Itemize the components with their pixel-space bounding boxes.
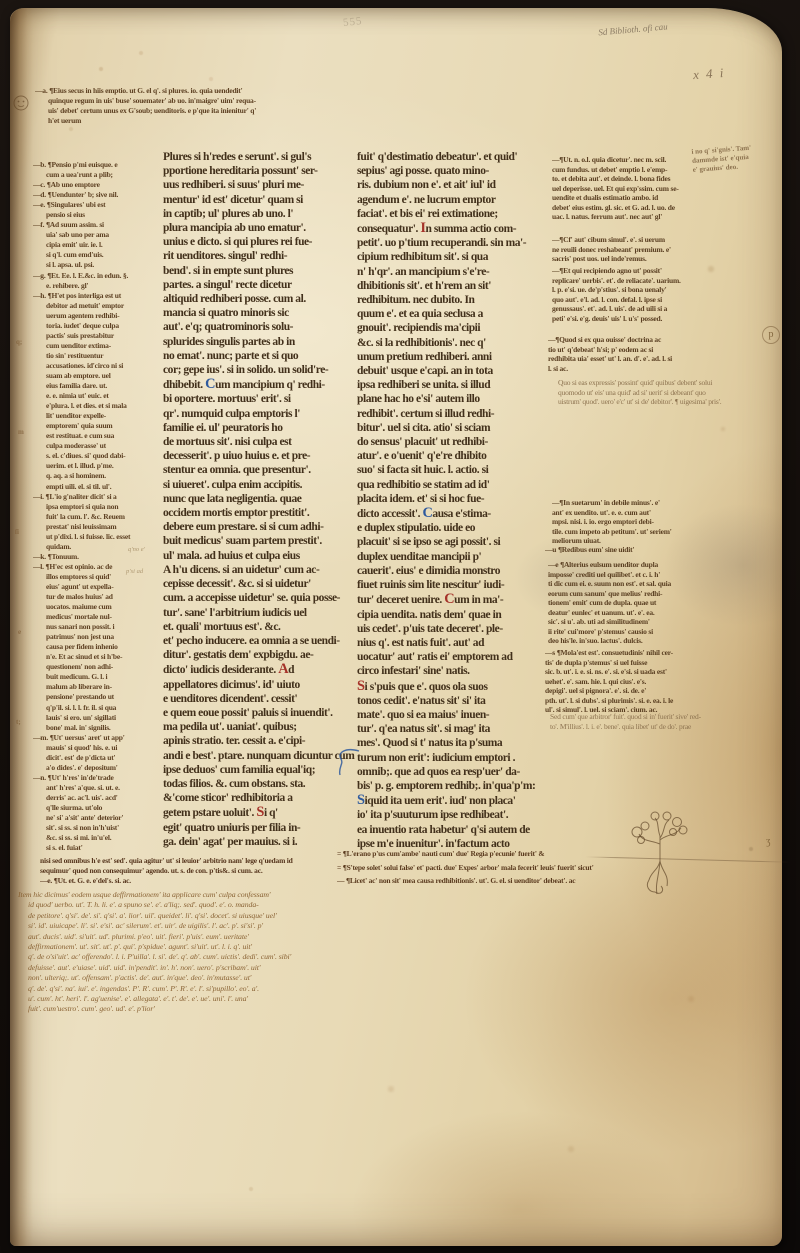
right-gloss-faint-note: Quo si eas expressis' possint' quid' qui…: [558, 378, 798, 407]
bottom-note-right: = ¶L'erano p'us cum'ambe' nauti cum' due…: [337, 847, 652, 888]
right-gloss-faint-note-2: Sed cum' que arbitror' fuit'. quod si in…: [550, 712, 800, 731]
edge-squiggle: ʒ: [766, 836, 770, 847]
folio-number: x 4 i: [692, 65, 725, 83]
facing-page-edge: [10, 8, 33, 1246]
right-gloss-block-5: —¶In suetarum' in debile minus'. e'ant' …: [552, 498, 757, 546]
right-gloss-block-7: —e ¶Alterius eulsum uenditor duplaimposs…: [548, 560, 753, 646]
blue-initial-flourish: [335, 745, 361, 779]
top-right-faint-note: i no q' si'gnis'. Tam'dammde ist' e'quia…: [691, 140, 800, 175]
cursive-annotation: Item hic dicimus' eodem usque deffirmati…: [18, 890, 354, 1015]
gutter-speck: e: [18, 628, 21, 636]
right-gloss-block-6: —u ¶Redibus eum' sine uidit': [545, 545, 750, 555]
right-gloss-block-2: —¶Cf' aut' cibum simul'. e'. si uerumne …: [552, 235, 757, 264]
gutter-speck: m: [18, 428, 24, 436]
gutter-face-doodle: [10, 92, 32, 114]
left-gloss-header: —a. ¶Eius secus in hiis emptio. ut G. el…: [35, 86, 370, 126]
main-text-column-1: Plures si h'redes e serunt'. si gul'sppo…: [163, 150, 358, 850]
right-gloss-block-3: —¶Et qui recipiendo agno ut' possit'repl…: [552, 266, 757, 323]
top-center-mark: 555: [342, 15, 363, 29]
gutter-speck: q;: [16, 338, 22, 346]
gutter-speck: ſi: [15, 528, 19, 536]
interlinear-note: p'si ad: [126, 568, 143, 575]
tree-doodle: [615, 806, 715, 911]
marginal-paraph-mark: p: [762, 326, 780, 344]
right-gloss-block-4: —¶Quod si ex qua ouisse' doctrina actio …: [548, 335, 753, 373]
manuscript-page: q; m ſi e t; 555 Sd Biblioth. ofi cau x …: [10, 8, 782, 1246]
gutter-speck: t;: [16, 718, 21, 726]
right-gloss-block-8: —s ¶Mola'est est'. consuetudinis' nihil …: [545, 648, 750, 715]
interlinear-note: q'no e': [128, 546, 145, 553]
foxing-spots: [10, 8, 12, 10]
left-gloss-column: —b. ¶Pensio p'mi euisque. ecum a uea'run…: [33, 160, 173, 860]
shelfmark-note: Sd Biblioth. ofi cau: [598, 13, 768, 38]
bottom-note-left: nisi sed omnibus h'e est' sed'. quia agi…: [40, 856, 375, 885]
main-text-column-2: fuit' q'destimatio debeatur'. et quid'se…: [357, 150, 552, 850]
photo-background: q; m ſi e t; 555 Sd Biblioth. ofi cau x …: [0, 0, 800, 1253]
